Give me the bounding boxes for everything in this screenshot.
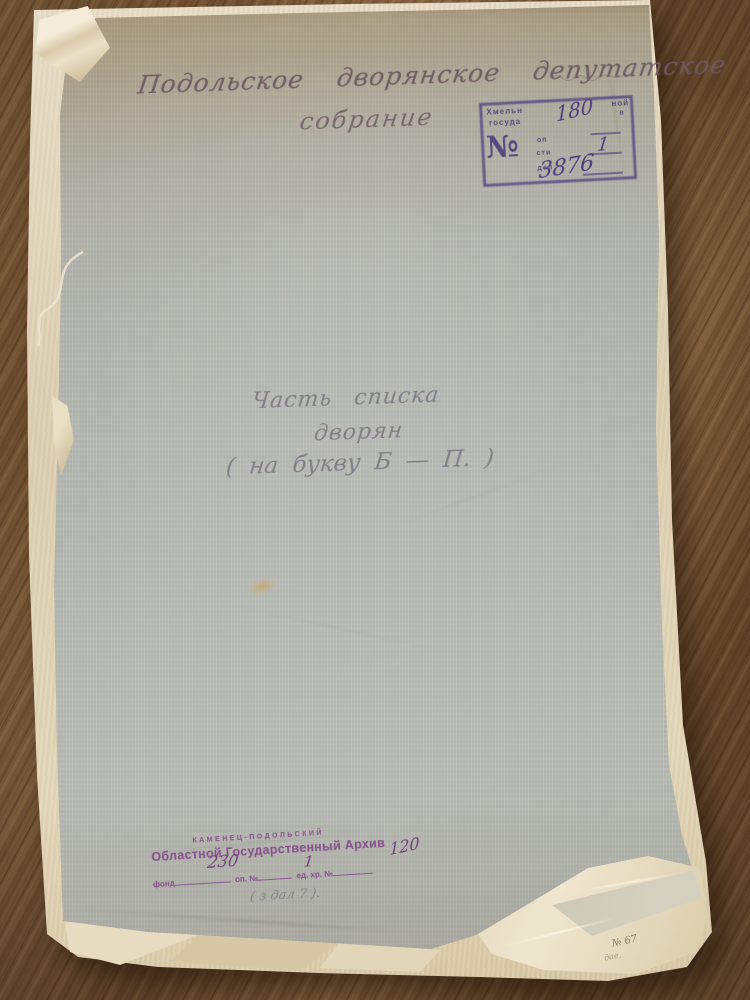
stamp-org-line2: госуда	[489, 117, 522, 128]
cover-title-line2: собрание	[298, 103, 436, 136]
paper-stack: Подольское дворянское депутатское собран…	[0, 0, 750, 1000]
cover-center-line2: дворян	[313, 418, 405, 446]
stamp-label-sti: сти	[536, 149, 551, 157]
stamp-org-line: Областной Государственный Архив	[151, 836, 386, 864]
stamp-label-fond: фонд	[153, 879, 175, 889]
binding-thread	[28, 250, 98, 350]
photo-archival-folder: Подольское дворянское депутатское собран…	[0, 0, 750, 1000]
stamp-handwritten-fond: 230	[206, 851, 239, 872]
stamp-label-opis: оп	[537, 137, 548, 145]
stamp-fill-line	[174, 873, 230, 885]
stamp-label-opis: оп. №	[235, 874, 259, 884]
stamp-handwritten-unit: 120	[389, 833, 419, 859]
stamp-org-line1: Хмельн	[486, 106, 523, 117]
archive-stamp-top: Хмельн госуда ной в № оп сти дел 180 1 3…	[479, 95, 637, 187]
stamp-fragment-right2: в	[619, 109, 625, 116]
stamp-fill-line	[333, 865, 373, 876]
stamp-label-unit: ед. хр. №	[296, 869, 333, 880]
stamp-fragment-right: ной	[611, 98, 629, 108]
stamp-number-sign: №	[485, 129, 520, 166]
stamp-fill-line	[258, 870, 292, 881]
